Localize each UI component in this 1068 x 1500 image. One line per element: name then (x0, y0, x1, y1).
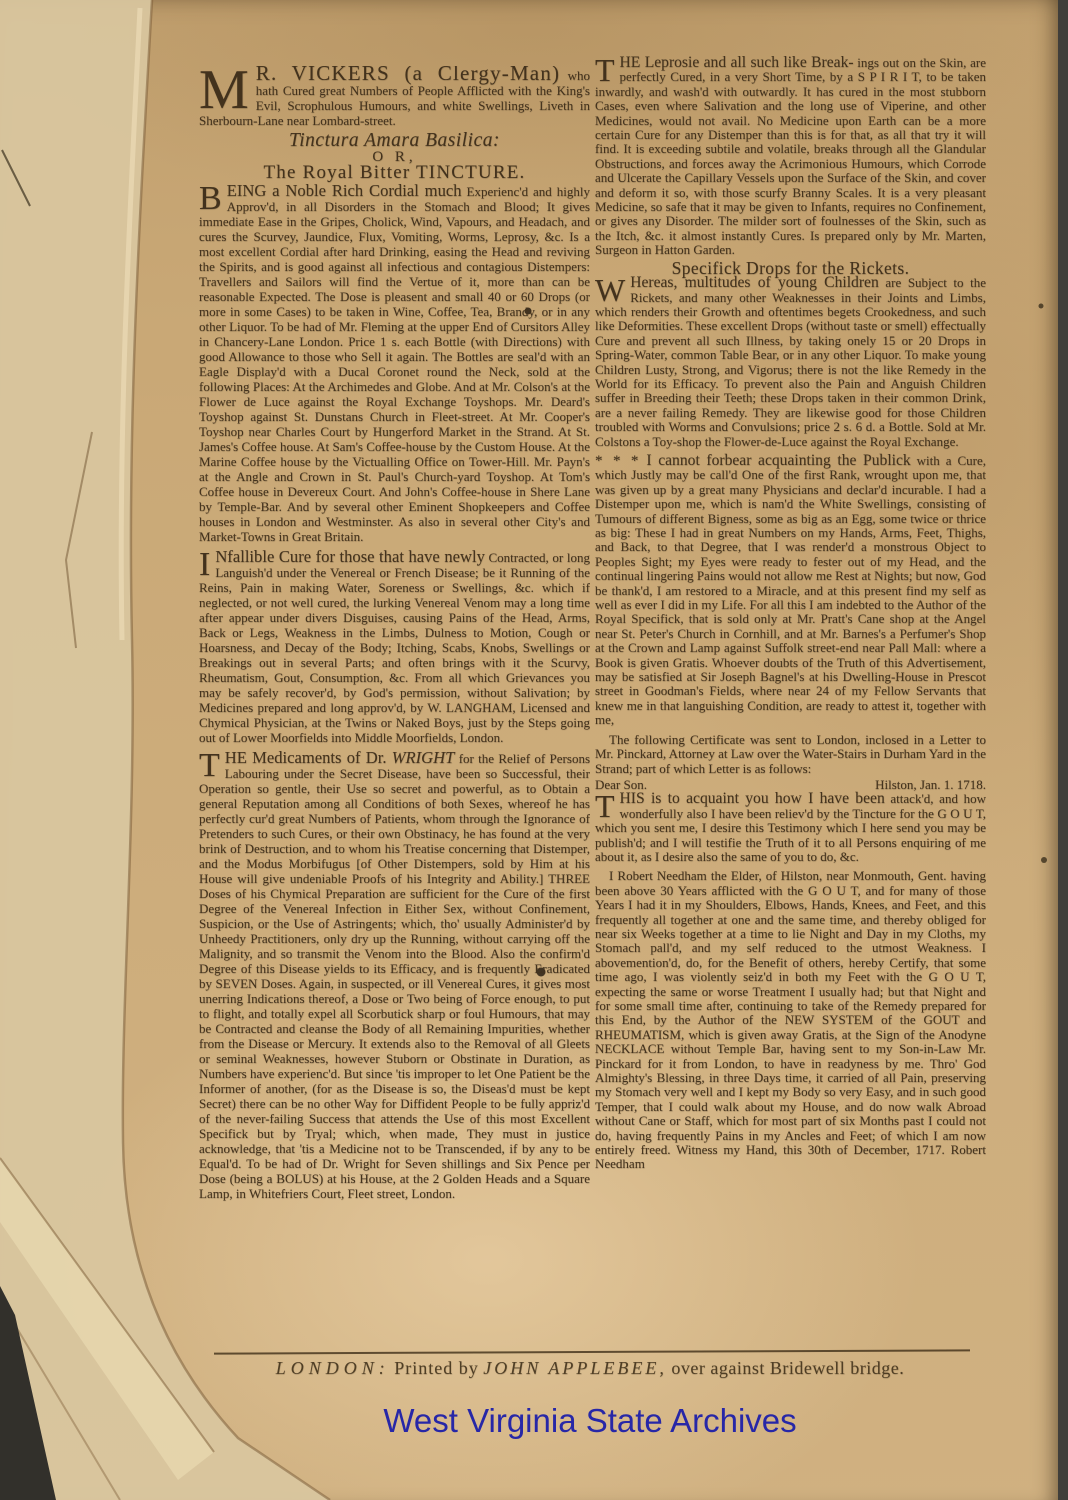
dropcap-m: M (199, 68, 249, 112)
dropcap-t-right: T (595, 58, 615, 83)
left-column: MR. VICKERS (a Clergy-Man) who hath Cure… (199, 66, 590, 1348)
latin-title: Tinctura Amara Basilica: (199, 133, 590, 148)
being-lead: EING a Noble Rich Cordial much (227, 181, 462, 200)
being-paragraph: BEING a Noble Rich Cordial much Experien… (199, 183, 590, 544)
needham-testimony: I Robert Needham the Elder, of Hilston, … (595, 869, 986, 1172)
imprint-printed-by: Printed by (394, 1358, 479, 1378)
infallible-lead: Nfallible Cure for those that have newly (215, 547, 485, 566)
leprosie-paragraph: THE Leprosie and all such like Break- in… (595, 56, 986, 258)
rickets-heading: Specifick Drops for the Rickets. (595, 261, 986, 275)
wright-lead-name: WRIGHT (392, 748, 455, 767)
being-body: Experienc'd and highly Approv'd, in all … (199, 184, 590, 544)
dropcap-t-left: T (199, 752, 220, 779)
imprint-line: LONDON: Printed by JOHN APPLEBEE, over a… (205, 1358, 975, 1379)
leprosie-body: ings out on the Skin, are perfectly Cure… (595, 56, 986, 257)
dropcap-i: I (199, 551, 210, 578)
wright-paragraph: THE Medicaments of Dr. WRIGHT for the Re… (199, 750, 590, 1201)
right-column: THE Leprosie and all such like Break- in… (595, 56, 986, 1348)
imprint-printer-name: JOHN APPLEBEE, (483, 1358, 667, 1378)
imprint-city: LONDON: (276, 1358, 390, 1378)
dropcap-t-letter: T (595, 794, 615, 819)
scanned-broadside: MR. VICKERS (a Clergy-Man) who hath Cure… (0, 0, 1068, 1500)
infallible-cure-paragraph: INfallible Cure for those that have newl… (199, 549, 590, 745)
infallible-body: Contracted, or long Languish'd under the… (199, 550, 590, 745)
publick-body: with a Cure, which Justly may be call'd … (595, 453, 986, 727)
certificate-intro: The following Certificate was sent to Lo… (595, 733, 986, 776)
acquaint-paragraph: THIS is to acquaint you how I have been … (595, 792, 986, 864)
wright-lead: HE Medicaments of Dr. (225, 748, 392, 767)
dropcap-b: B (199, 185, 222, 212)
vickers-notice: MR. VICKERS (a Clergy-Man) who hath Cure… (199, 66, 590, 128)
imprint-location: over against Bridewell bridge. (671, 1358, 904, 1378)
whereas-body: are Subject to the Rickets, and many oth… (595, 275, 986, 448)
archive-caption: West Virginia State Archives (150, 1402, 1030, 1440)
publick-paragraph: * * * I cannot forbear acquainting the P… (595, 454, 986, 728)
wright-body: for the Relief of Persons Labouring unde… (199, 751, 590, 1201)
dropcap-w: W (595, 278, 625, 303)
whereas-paragraph: WHereas, multitudes of young Children ar… (595, 276, 986, 449)
royal-bitter-tincture-title: The Royal Bitter TINCTURE. (199, 165, 590, 180)
